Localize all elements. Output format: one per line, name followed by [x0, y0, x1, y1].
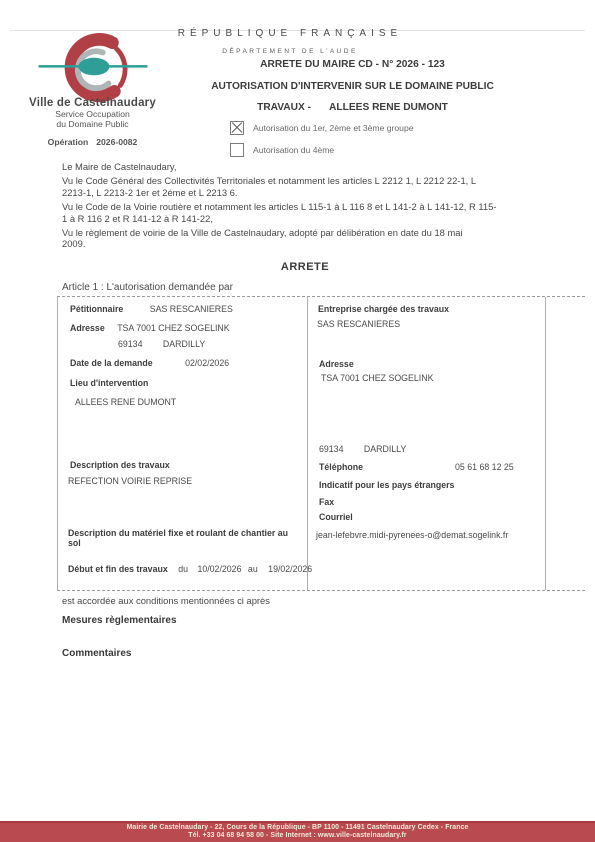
page-title: AUTORISATION D'INTERVENIR SUR LE DOMAINE… — [110, 81, 595, 92]
checkbox-row-group123: Autorisation du 1er, 2ème et 3ème groupe — [230, 121, 414, 135]
contractor-cell: Entreprise chargée des travaux SAS RESCA… — [307, 297, 545, 590]
au-label: au — [248, 564, 258, 574]
lieu-value: ALLEES RENE DUMONT — [75, 397, 176, 407]
commentaires-heading: Commentaires — [62, 648, 131, 659]
departement-subtitle: DÉPARTEMENT DE L'AUDE — [0, 48, 580, 55]
entreprise-value: SAS RESCANIERES — [317, 319, 400, 329]
materiel-label: Description du matériel fixe et roulant … — [68, 528, 298, 548]
preamble-vu1: Vu le Code Général des Collectivités Ter… — [62, 175, 554, 198]
checkbox-label-group123: Autorisation du 1er, 2ème et 3ème groupe — [253, 123, 414, 133]
city-name: DARDILLY — [163, 339, 205, 349]
entreprise-label: Entreprise chargée des travaux — [318, 304, 449, 314]
date-debut: 10/02/2026 — [197, 564, 241, 574]
date-fin: 19/02/2026 — [268, 564, 312, 574]
telephone-value: 05 61 68 12 25 — [455, 462, 514, 472]
adresse-row: Adresse TSA 7001 CHEZ SOGELINK — [70, 323, 230, 333]
checkbox-checked-icon — [230, 121, 244, 135]
preamble-intro: Le Maire de Castelnaudary, — [62, 161, 554, 172]
article1-heading: Article 1 : L'autorisation demandée par — [62, 282, 233, 293]
republique-title: RÉPUBLIQUE FRANÇAISE — [0, 28, 580, 39]
arrete-heading: ARRETE — [110, 261, 500, 273]
courriel-label: Courriel — [319, 512, 353, 522]
accord-text: est accordée aux conditions mentionnées … — [62, 595, 270, 606]
decree-number: ARRETE DU MAIRE CD - N° 2026 - 123 — [110, 59, 595, 70]
petitioner-cell: Pétitionnaire SAS RESCANIERES Adresse TS… — [57, 297, 307, 590]
debut-fin-row: Début et fin des travaux du 10/02/2026 a… — [68, 564, 312, 574]
operation-label: Opération — [48, 137, 89, 147]
mesures-heading: Mesures règlementaires — [62, 615, 177, 626]
checkbox-unchecked-icon — [230, 143, 244, 157]
footer-address: Mairie de Castelnaudary - 22, Cours de l… — [0, 824, 595, 832]
adresse-city-row: 69134 DARDILLY — [118, 339, 205, 349]
entreprise-adresse-value: TSA 7001 CHEZ SOGELINK — [321, 373, 433, 383]
description-value: REFECTION VOIRIE REPRISE — [68, 476, 192, 486]
courriel-value: jean-lefebvre.midi-pyrenees-o@demat.soge… — [316, 530, 508, 540]
preamble-vu2: Vu le Code de la Voirie routière et nota… — [62, 201, 554, 224]
operation-value: 2026-0082 — [96, 137, 137, 147]
works-location: ALLEES RENE DUMONT — [329, 102, 448, 113]
entreprise-city: DARDILLY — [364, 444, 406, 454]
telephone-label: Téléphone — [319, 462, 363, 472]
du-label: du — [178, 564, 188, 574]
logo-service-line2: du Domaine Public — [10, 119, 175, 129]
entreprise-adresse-label: Adresse — [319, 359, 354, 369]
entreprise-postal-code: 69134 — [319, 444, 343, 454]
document-page: Ville de Castelnaudary Service Occupatio… — [0, 0, 595, 842]
indicatif-label: Indicatif pour les pays étrangers — [319, 480, 454, 490]
checkbox-row-group4: Autorisation du 4ème — [230, 143, 334, 157]
works-label: TRAVAUX - — [257, 102, 311, 113]
entreprise-city-row: 69134 DARDILLY — [319, 444, 406, 454]
adresse-value: TSA 7001 CHEZ SOGELINK — [117, 323, 229, 333]
national-header: RÉPUBLIQUE FRANÇAISE DÉPARTEMENT DE L'AU… — [0, 28, 580, 55]
preamble: Le Maire de Castelnaudary, Vu le Code Gé… — [62, 161, 554, 253]
petitionnaire-row: Pétitionnaire SAS RESCANIERES — [70, 304, 233, 314]
footer-contact: Tél. +33 04 68 94 58 00 - Site Internet … — [0, 832, 595, 840]
postal-code: 69134 — [118, 339, 142, 349]
decree-header: ARRETE DU MAIRE CD - N° 2026 - 123 AUTOR… — [110, 59, 595, 113]
date-demande-row: Date de la demande 02/02/2026 — [70, 358, 229, 368]
description-label: Description des travaux — [70, 460, 170, 470]
footer-band: Mairie de Castelnaudary - 22, Cours de l… — [0, 821, 595, 842]
operation-number: Opération2026-0082 — [10, 137, 175, 147]
petitionnaire-value: SAS RESCANIERES — [150, 304, 233, 314]
preamble-vu3: Vu le règlement de voirie de la Ville de… — [62, 227, 554, 250]
table-border-right — [545, 297, 546, 590]
date-demande-value: 02/02/2026 — [185, 358, 229, 368]
checkbox-label-group4: Autorisation du 4ème — [253, 145, 334, 155]
lieu-label: Lieu d'intervention — [70, 378, 148, 388]
permit-table: Pétitionnaire SAS RESCANIERES Adresse TS… — [57, 296, 585, 591]
fax-label: Fax — [319, 497, 334, 507]
works-subtitle: TRAVAUX -ALLEES RENE DUMONT — [110, 102, 595, 113]
